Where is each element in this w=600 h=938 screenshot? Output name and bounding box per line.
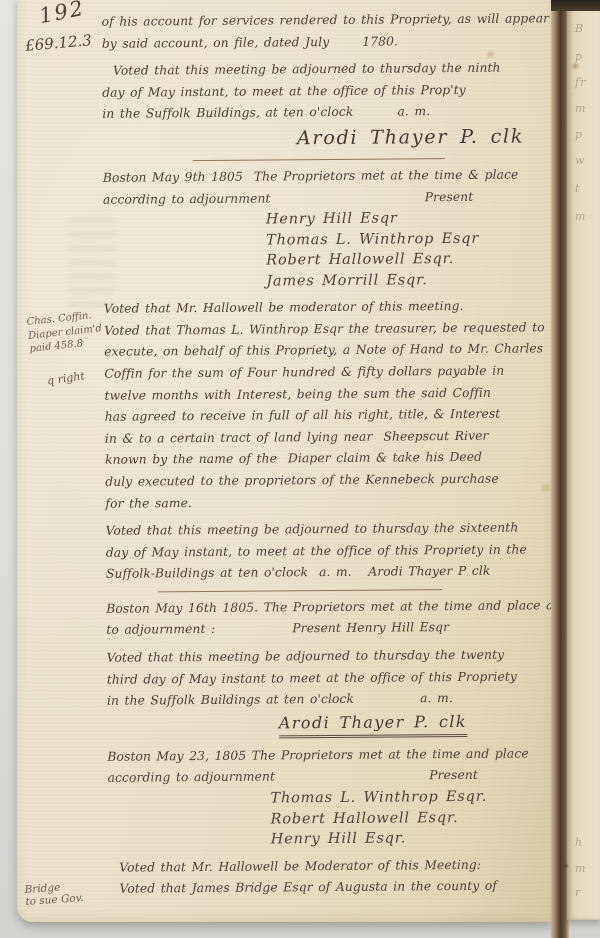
manuscript-paragraph: of his account for services rendered to … <box>102 8 554 55</box>
margin-note-line: to sue Gov. <box>25 892 84 908</box>
manuscript-line: by said account, on file, dated July 178… <box>102 30 554 55</box>
manuscript-paragraph: Voted that this meeting be adjourned to … <box>106 517 558 585</box>
facing-page-text-fragment: w <box>575 154 585 167</box>
section-divider <box>158 589 442 592</box>
manuscript-line: in the Suffolk Buildings, at ten o'clock… <box>102 101 554 126</box>
manuscript-line: Voted that this meeting be adjourned to … <box>107 644 559 669</box>
manuscript-line: Voted that James Bridge Esqr of Augusta … <box>108 875 560 900</box>
manuscript-line: for the same. <box>105 490 557 515</box>
manuscript-line: Boston May 9th 1805 The Proprietors met … <box>103 164 555 189</box>
margin-note-qright: q right <box>46 369 85 387</box>
binding-top-band <box>551 0 600 11</box>
manuscript-paragraph: Voted that Mr. Hallowell be moderator of… <box>104 295 558 514</box>
manuscript-paragraph: Boston May 16th 1805. The Proprietors me… <box>106 595 558 642</box>
facing-page-edge: Bpfrmpwtmhmr <box>567 0 600 920</box>
facing-page-text-fragment: m <box>575 102 586 115</box>
photo-background: 192 £69.12.3 Chas. Coffin. Diaper claim'… <box>0 0 600 938</box>
manuscript-paragraph: Voted that this meeting be adjourned to … <box>102 57 554 125</box>
facing-page-text-fragment: m <box>575 862 586 875</box>
manuscript-line: to adjournment : Present Henry Hill Esqr <box>106 617 558 642</box>
facing-page-text-fragment: B <box>575 22 584 35</box>
text-column: of his account for services rendered to … <box>101 2 560 900</box>
facing-page-text-fragment: t <box>575 182 580 195</box>
manuscript-line: duly executed to the proprietors of the … <box>105 468 557 493</box>
margin-amount: £69.12.3 <box>24 31 92 55</box>
facing-page-text-fragment: p <box>575 128 583 141</box>
manuscript-line: Voted that this meeting be adjourned to … <box>102 57 554 82</box>
clerk-signature: Arodi Thayer P. clk <box>279 711 467 738</box>
margin-note-bridge: Bridge to sue Gov. <box>24 880 84 908</box>
manuscript-paragraph: Boston May 23, 1805 The Proprietors met … <box>107 743 559 790</box>
manuscript-line: Boston May 16th 1805. The Proprietors me… <box>106 595 558 620</box>
attendee-name: Henry Hill Esqr. <box>271 827 560 850</box>
attendee-name: Thomas L. Winthrop Esqr. <box>270 786 559 809</box>
manuscript-line: Coffin for the sum of Four hundred & fif… <box>104 360 556 385</box>
manuscript-line: has agreed to receive in full of all his… <box>105 403 557 428</box>
manuscript-line: in the Suffolk Buildings at ten o'clock … <box>107 687 559 712</box>
attendee-name: Thomas L. Winthrop Esqr <box>266 228 555 251</box>
attendee-name: Robert Hallowell Esqr. <box>266 248 555 271</box>
manuscript-line: Boston May 23, 1805 The Proprietors met … <box>107 743 559 768</box>
attendee-name: James Morrill Esqr. <box>266 269 555 292</box>
manuscript-paragraph: Voted that this meeting be adjourned to … <box>107 644 559 712</box>
margin-note-coffin: Chas. Coffin. Diaper claim'd paid 458.8 <box>26 308 104 356</box>
facing-page-text-fragment: fr <box>575 76 586 89</box>
page-number: 192 <box>37 0 87 28</box>
manuscript-line: of his account for services rendered to … <box>102 8 554 33</box>
manuscript-line: Suffolk-Buildings at ten o'clock a. m. A… <box>106 561 558 586</box>
facing-page-text-fragment: p <box>575 50 583 63</box>
section-divider <box>193 158 445 161</box>
manuscript-paragraph: Boston May 9th 1805 The Proprietors met … <box>103 164 555 211</box>
manuscript-paragraph: Voted that Mr. Hallowell be Moderator of… <box>108 854 560 901</box>
attendee-name: Henry Hill Esqr <box>266 207 555 230</box>
manuscript-page: 192 £69.12.3 Chas. Coffin. Diaper claim'… <box>17 0 553 922</box>
facing-page-text-fragment: h <box>575 836 583 849</box>
facing-page-text-fragment: m <box>575 210 586 223</box>
attendee-name: Robert Hallowell Esqr. <box>271 807 560 830</box>
manuscript-line: third day of May instant to meet at the … <box>107 666 559 691</box>
clerk-signature: Arodi Thayer P. clk <box>297 123 555 151</box>
manuscript-line: Voted that this meeting be adjourned to … <box>106 517 558 542</box>
facing-page-text-fragment: r <box>575 886 581 899</box>
